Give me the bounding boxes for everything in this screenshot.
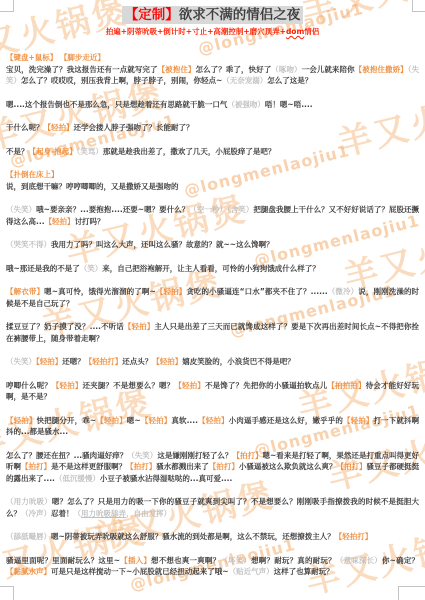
action-tag: 【拍打】 [232,451,262,460]
document-content: 【定制】欲求不满的情侣之夜 拍遍+阴蒂吮吸+倒计时+寸止+高潮控制+磨穴顶弄+d… [0,0,425,600]
dialogue-text: 还学会搂人脖子强吻了？长能耐了？ [74,123,194,132]
tone-note: （意味深长） [336,556,382,565]
dialogue-text: 快把腿分开，乖~ [37,416,97,425]
action-tag: 【被抱住】 [158,65,196,74]
tone-note: （笑骂） [77,147,103,156]
dialogue-text: 你~确定？ [382,556,419,565]
dialogue-text: 那就是趁我出差了，撒欢了几天，小屁股痒了是吧？ [103,147,276,156]
dialogue-text: 嗯~真可怜，饿得光溜溜的了啊~ [44,287,156,296]
action-tag: 【轻拍】 [152,357,182,366]
script-paragraph: 揉豆豆了？奶子摸了没？....不听话【轻拍】主人只是出差了三天而已就馋成这样了？… [6,321,419,344]
action-tag: 【轻拍】 [36,357,62,366]
dialogue-text: 小骚逼被这么欺负就这么爽？ [239,462,337,471]
dialogue-text: 怎么了？哎哎哎，别压我背上啊，脖子脖子，别闹，你轻点~ [21,76,222,85]
script-paragraph: 【轻拍】快把腿分开，乖~【轻拍】嗯~【轻拍】真软....【轻拍】小肉逼手感还是这… [6,415,419,438]
action-tag: 【轻拍】 [45,217,75,226]
subtitle-dom-word: dom [286,27,304,36]
script-paragraph: （失笑）哦~要亲亲？...要抱抱....还要~嗯？要什么？（空一秒）（含笑）把腿… [6,204,419,227]
page-subtitle: 拍遍+阴蒂吮吸+倒计时+寸止+高潮控制+磨穴顶弄+dom情侣 [6,27,419,36]
script-paragraph: 哦~那还是我的不是了（笑）来，自己把浴袍解开，让主人看看，可怜的小狗狗饿成什么样… [6,263,419,275]
action-tag: 【脚步走近】 [60,53,105,62]
dialogue-text: 说，到底想干嘛？哼哼唧唧的，又是撒娇又是强吻的 [6,182,179,191]
action-tag: 【轻拍】 [156,287,187,296]
action-tag: 【黏腻水声】 [6,567,51,576]
dialogue-text: 贪吃的小骚逼连“口水”都夹不住了？...... [186,287,327,296]
script-paragraph: （失笑）【轻拍】还嗯？【轻拍打】还点头？【轻拍】嬉皮笑脸的，小浪货巴不得是吧？ [6,356,419,368]
action-tag: 【插入】 [120,556,151,565]
dialogue-text: 嗯~阴蒂被玩弄吮吸就这么舒服？骚水流的到处都是啊，这么不禁玩，还想撩拨主人？ [51,532,335,541]
script-paragraph: 嗯....这个报告倒也不是那么急，只是想趁着还有思路就干脆一口气（被强吻）唔！嗯… [6,99,419,111]
dialogue-text: 哼唧什么呢？ [6,381,52,390]
dialogue-text: 不是馋了？先把你的小骚逼拍软点儿 [205,381,327,390]
action-tag: 【轻拍】 [343,416,374,425]
tone-note: （被强吻） [227,100,265,109]
action-tag: 【解衣带】 [6,287,44,296]
tone-note: （无奈宠溺） [222,76,267,85]
action-tag: 【扑倒在床上】 [6,170,59,179]
title-highlight: 【定制】欲求不满的情侣之夜 [122,6,304,24]
tone-note: （ [74,509,82,518]
script-paragraph: 不是？【起身-抱起】（笑骂）那就是趁我出差了，撒欢了几天，小屁股痒了是吧？ [6,146,419,158]
tone-note: （用力吮吸） [6,497,52,506]
dialogue-text: 这是嫌刚刚打轻了么？ [157,451,232,460]
script-paragraph: （用力吮吸）嗯？怎么了？只是用力的吸一下你的骚豆子就爽到尖叫了？不是想要么？刚刚… [6,496,419,519]
action-tag: 【轻拍】 [141,416,172,425]
dialogue-text: 揉豆豆了？奶子摸了没？....不听话 [6,322,124,331]
tone-note-underlined: 用力吮吸舔弄 [81,509,126,518]
tone-note: （啄吻） [271,65,301,74]
script-paragraph: 干什么呢？【轻拍】还学会搂人脖子强吻了？长能耐了？ [6,122,419,134]
tone-note: （含笑） [227,205,253,214]
script-paragraph: 哼唧什么呢？【轻拍】还夹腿？不是想要么？嗯？【轻拍】不是馋了？先把你的小骚逼拍软… [6,380,419,403]
dialogue-text: 可是只是这样搅动一下~小屁股就已经扭动起来了哦~ [51,567,229,576]
tone-note: （贴近气声） [229,567,274,576]
dialogue-text: 还点头？ [122,357,152,366]
action-tag: 【轻拍】 [124,322,154,331]
page-title: 【定制】欲求不满的情侣之夜 [6,4,419,24]
action-tag: 【轻拍打】 [335,532,373,541]
action-tag: 【拍拍拍】 [327,381,365,390]
tone-note: （失笑） [6,205,36,214]
title-main: 欲求不满的情侣之夜 [179,7,301,23]
script-paragraph: 【键盘+鼠标】 【脚步走近】 [6,52,419,64]
tone-note: （冷声） [21,509,51,518]
script-paragraph: 说，到底想干嘛？哼哼唧唧的，又是撒娇又是强吻的 [6,181,419,193]
action-tag: 【起身-抱起】 [29,147,77,156]
action-tag: 【轻拍】 [44,123,74,132]
dialogue-text: 嗯~ [127,416,141,425]
dialogue-text: 一会儿就来陪你 [302,65,355,74]
tone-note: （失笑） [127,451,157,460]
dialogue-text: 是不是这样更舒服啊？ [51,462,126,471]
action-tag: 【键盘+鼠标】 [6,53,57,62]
dialogue-text: 还夹腿？不是想要么？嗯？ [83,381,175,390]
dialogue-text: 这样了也算耐玩？ [274,567,334,576]
dialogue-text: 想啊？耐玩？真的耐玩？ [251,556,336,565]
tone-note: （低沉缓慢） [55,474,100,483]
dialogue-text: 哦~要亲亲？...要抱抱....还要~嗯？要什么？ [36,205,189,214]
dialogue-text: 来，自己把浴袍解开，让主人看看，可怜的小狗狗饿成什么样了？ [102,264,320,273]
dialogue-text: 嗯....这个报告倒也不是那么急，只是想趁着还有思路就干脆一口气 [6,100,227,109]
dialogue-text: 想不想也爽一爽啊？ [151,556,220,565]
tone-note: （空一秒） [189,205,227,214]
action-tag: 【轻拍】 [174,381,205,390]
tone-note: （坏笑） [220,556,251,565]
dialogue-text: 不是？ [6,147,29,156]
dialogue-text: 嬉皮笑脸的，小浪货巴不得是吧？ [182,357,295,366]
tone-note: （舔舐嘬唇） [6,532,51,541]
action-tag: 【轻拍】 [96,416,127,425]
title-prefix: 【定制】 [125,7,179,23]
dialogue-text: 干什么呢？ [6,123,44,132]
subtitle-prefix: 拍遍+阴蒂吮吸+倒计时+寸止+高潮控制+磨穴顶弄+ [106,27,286,36]
tone-note: （哭笑不得） [6,240,51,249]
tone-note: （失笑） [6,357,36,366]
tone-note: （微冷） [328,287,359,296]
action-tag: 【轻拍打】 [85,357,123,366]
dialogue-text: 讨打吗？ [75,217,105,226]
tone-note: ，自由发挥） [126,509,171,518]
action-tag: 【拍打】 [126,462,156,471]
script-paragraph: （舔舐嘬唇）嗯~阴蒂被玩弄吮吸就这么舒服？骚水流的到处都是啊，这么不禁玩，还想撩… [6,531,419,543]
dialogue-text: 怎么了？腰还在扭？...骚肉逼好痒？ [6,451,127,460]
action-tag: 【轻拍】 [52,381,83,390]
script-body: 【键盘+鼠标】 【脚步走近】宝贝，洗完澡了？我这报告还有一点就写完了【被抱住】怎… [6,52,419,578]
action-tag: 【轻拍】 [6,416,37,425]
action-tag: 【拍打】 [209,462,239,471]
dialogue-text: 骚逼里面呢？里面耐玩么？这里~ [6,556,120,565]
script-paragraph: 【解衣带】嗯~真可怜，饿得光溜溜的了啊~【轻拍】贪吃的小骚逼连“口水”都夹不住了… [6,286,419,309]
dialogue-text: 宝贝，洗完澡了？我这报告还有一点就写完了 [6,65,158,74]
dialogue-text: 怎么了这是？ [267,76,312,85]
dialogue-text: 唔！嗯~唔.... [265,100,313,109]
tone-note: （笑） [80,264,103,273]
dialogue-text: 还嗯？ [62,357,85,366]
script-paragraph: 骚逼里面呢？里面耐玩么？这里~【插入】想不想也爽一爽啊？（坏笑）想啊？耐玩？真的… [6,555,419,578]
document-page: { "page": { "title": { "prefix": "【定制】",… [0,0,425,600]
dialogue-text: 忍着！ [51,509,74,518]
dialogue-text: 真软.... [171,416,198,425]
dialogue-text: 哦~那还是我的不是了 [6,264,80,273]
script-paragraph: 【扑倒在床上】 [6,169,419,181]
action-tag: 【被抱住撒娇】 [355,65,408,74]
dialogue-text: 小肉逼手感还是这么好，嫩乎乎的 [229,416,343,425]
subtitle-suffix: 情侣 [304,27,319,36]
script-paragraph: 怎么了？腰还在扭？...骚肉逼好痒？（失笑）这是嫌刚刚打轻了么？【拍打】嗯~看来… [6,450,419,485]
action-tag: 【拍打】 [21,462,51,471]
dialogue-text: 骚水都溅出来了 [156,462,209,471]
dialogue-text: 怎么了？乖了，快好了 [195,65,271,74]
action-tag: 【拍打】 [336,462,366,471]
script-paragraph: （哭笑不得）我用力了吗？叫这么大声，还叫这么骚？故意的？就~~这么馋啊？ [6,239,419,251]
dialogue-text: 小豆子被骚水沾得湿哒哒的...真可爱.... [100,474,232,483]
action-tag: 【轻拍】 [198,416,229,425]
script-paragraph: 宝贝，洗完澡了？我这报告还有一点就写完了【被抱住】怎么了？乖了，快好了（啄吻）一… [6,64,419,87]
dialogue-text: 我用力了吗？叫这么大声，还叫这么骚？故意的？就~~这么馋啊？ [51,240,274,249]
